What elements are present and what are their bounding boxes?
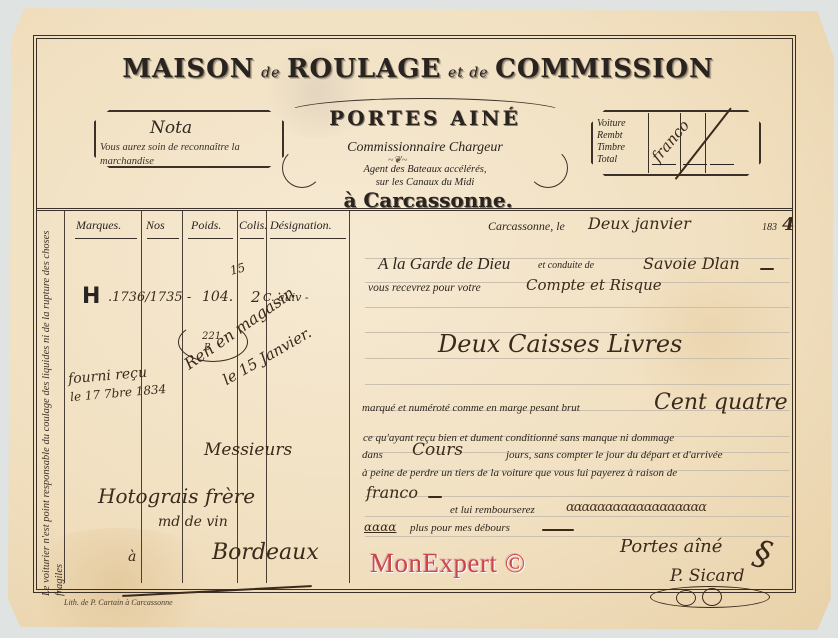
charges-labels: Voiture Rembt Timbre Total — [597, 118, 626, 166]
nota-text: Vous aurez soin de reconnaître la marcha… — [100, 141, 280, 169]
conduite-label: et conduite de — [538, 260, 594, 271]
title-commission: COMMISSION — [495, 54, 714, 84]
signature-flourish — [676, 590, 696, 606]
row-numeros: .1736/1735 - — [108, 290, 191, 305]
rate-dash — [428, 496, 442, 498]
carrier-handwritten: Savoie Dlan — [643, 254, 740, 273]
title-maison: MAISON — [122, 54, 254, 84]
label-voiture: Voiture — [597, 118, 626, 130]
rate-handwritten: franco — [366, 483, 418, 502]
document-title: MAISON de ROULAGE et de COMMISSION — [88, 54, 748, 84]
header-rule — [75, 238, 137, 239]
goods-handwritten: Deux Caisses Livres — [438, 330, 682, 358]
header-designation: Désignation. — [270, 218, 332, 233]
ruled-line — [365, 536, 790, 537]
jours-line: jours, sans compter le jour du départ et… — [506, 449, 723, 461]
closing-signature: Portes aîné — [620, 536, 722, 557]
compte-handwritten: Compte et Risque — [526, 276, 662, 294]
ayant-line: ce qu'ayant reçu bien et dument conditio… — [363, 432, 674, 444]
ruled-line — [365, 384, 790, 385]
consignee-trade: md de vin — [158, 514, 228, 530]
year-handwritten: 4 — [782, 214, 795, 235]
watermark: MonExpert © — [370, 548, 526, 579]
label-timbre: Timbre — [597, 142, 626, 154]
company-line-1: Agent des Bateaux accélérés, — [305, 164, 545, 175]
recevrez-label: vous recevrez pour votre — [368, 282, 481, 294]
header-rule — [240, 238, 264, 239]
charges-dash — [652, 164, 676, 165]
table-col-line — [349, 211, 350, 583]
signature-flourish — [702, 588, 722, 606]
label-a: à — [128, 549, 136, 565]
destination-city: Bordeaux — [212, 540, 319, 565]
charges-dash — [710, 164, 734, 165]
ruled-line — [365, 307, 790, 308]
lithographer-credit: Lith. de P. Cartain à Carcassonne — [64, 598, 173, 607]
strikethrough-small: ɑɑɑɑ — [364, 520, 396, 534]
charges-col-divider — [648, 113, 649, 173]
strikethrough-scribble: ɑɑɑɑɑɑɑɑɑɑɑɑɑɑɑɑɑɑ — [566, 500, 706, 515]
date-handwritten: Deux janvier — [588, 214, 691, 233]
table-top-rule — [36, 208, 793, 211]
place-label: Carcassonne, le — [488, 219, 565, 234]
row-poids: 104. — [202, 289, 233, 305]
peine-line: à peine de perdre un tiers de la voiture… — [362, 467, 677, 479]
nota-title: Nota — [150, 118, 192, 138]
flourish-left — [282, 148, 322, 188]
company-name: PORTES AINÉ — [300, 106, 550, 130]
header-marques: Marques. — [76, 218, 121, 233]
dans-label: dans — [362, 449, 383, 461]
carrier-dash — [760, 268, 774, 270]
consignee-name: Hotograis frère — [98, 484, 255, 508]
year-printed: 183 — [762, 222, 777, 233]
days-handwritten: Cours — [412, 440, 463, 460]
title-de: de — [261, 65, 280, 81]
label-total: Total — [597, 154, 626, 166]
header-rule — [188, 238, 233, 239]
header-colis: Colis. — [239, 218, 267, 233]
debours-label: plus pour mes débours — [410, 522, 510, 534]
row-marque: H — [82, 284, 100, 309]
title-roulage: ROULAGE — [287, 54, 441, 84]
garde-de-dieu: A la Garde de Dieu — [378, 254, 510, 274]
liability-notice: Le voiturier n'est point responsable du … — [40, 226, 66, 596]
debours-dash — [542, 529, 574, 531]
company-line-2: sur les Canaux du Midi — [305, 177, 545, 188]
weight-handwritten: Cent quatre — [654, 390, 788, 415]
company-role: Commissionnaire Chargeur — [305, 140, 545, 156]
header-rule — [147, 238, 179, 239]
header-rule — [270, 238, 346, 239]
rembourserez-label: et lui rembourserez — [450, 504, 535, 516]
flourish-right — [528, 148, 568, 188]
header-numeros: Nos — [146, 218, 165, 233]
ruled-line — [365, 358, 790, 359]
header-poids: Poids. — [191, 218, 221, 233]
label-rembt: Rembt — [597, 130, 626, 142]
note-messieurs: Messieurs — [204, 440, 292, 460]
marque-line: marqué et numéroté comme en marge pesant… — [362, 402, 580, 414]
table-col-line — [266, 211, 267, 583]
title-et-de: et de — [448, 65, 489, 81]
sicard-signature: P. Sicard — [670, 566, 745, 586]
ruled-line — [365, 516, 790, 517]
